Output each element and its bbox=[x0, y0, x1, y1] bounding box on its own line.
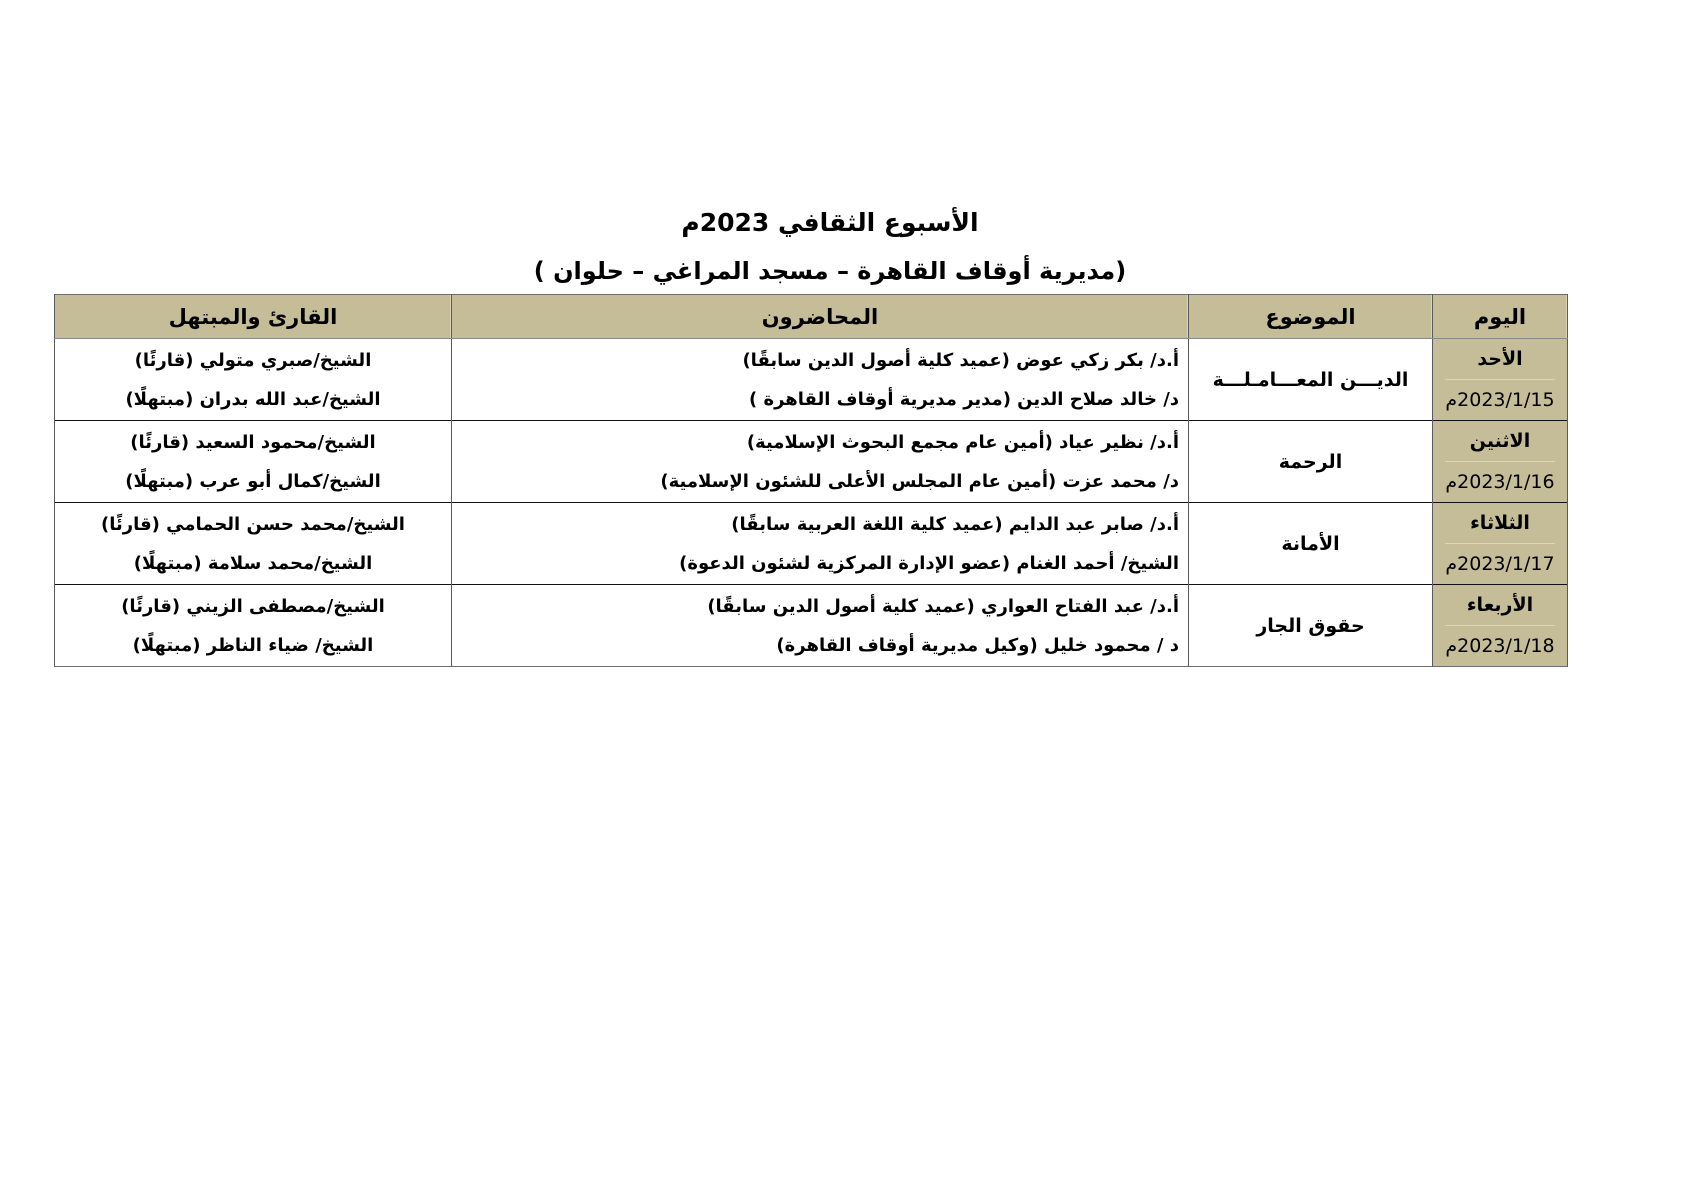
document-subtitle: (مديرية أوقاف القاهرة – مسجد المراغي – ح… bbox=[430, 254, 1230, 288]
day-cell: الاثنين 2023/1/16م bbox=[1433, 421, 1568, 503]
day-name: الأحد bbox=[1445, 339, 1555, 380]
table-header: اليوم الموضوع المحاضرون القارئ والمبتهل bbox=[55, 295, 1568, 339]
day-date: 2023/1/18م bbox=[1433, 626, 1567, 666]
reader-name: الشيخ/صبري متولي (قارئًا) bbox=[55, 341, 451, 380]
day-date: 2023/1/15م bbox=[1433, 380, 1567, 420]
lecturer-name: د/ محمد عزت (أمين عام المجلس الأعلى للشئ… bbox=[452, 462, 1179, 501]
table-row: الاثنين 2023/1/16م الرحمة أ.د/ نظير عياد… bbox=[55, 421, 1568, 503]
chanter-name: الشيخ/محمد سلامة (مبتهلًا) bbox=[55, 544, 451, 583]
chanter-name: الشيخ/كمال أبو عرب (مبتهلًا) bbox=[55, 462, 451, 501]
column-header-lecturers: المحاضرون bbox=[452, 295, 1189, 339]
day-name: الثلاثاء bbox=[1445, 503, 1555, 544]
day-name: الاثنين bbox=[1445, 421, 1555, 462]
table-body: الأحد 2023/1/15م الديـــن المعـــامـلـــ… bbox=[55, 339, 1568, 667]
readers-cell: الشيخ/مصطفى الزيني (قارئًا) الشيخ/ ضياء … bbox=[55, 585, 452, 667]
reader-name: الشيخ/مصطفى الزيني (قارئًا) bbox=[55, 587, 451, 626]
day-cell: الأربعاء 2023/1/18م bbox=[1433, 585, 1568, 667]
day-cell: الثلاثاء 2023/1/17م bbox=[1433, 503, 1568, 585]
lecturers-cell: أ.د/ بكر زكي عوض (عميد كلية أصول الدين س… bbox=[452, 339, 1189, 421]
column-header-topic: الموضوع bbox=[1189, 295, 1433, 339]
day-date: 2023/1/16م bbox=[1433, 462, 1567, 502]
table-row: الثلاثاء 2023/1/17م الأمانة أ.د/ صابر عب… bbox=[55, 503, 1568, 585]
topic-cell: حقوق الجار bbox=[1189, 585, 1433, 667]
header-row: اليوم الموضوع المحاضرون القارئ والمبتهل bbox=[55, 295, 1568, 339]
lecturer-name: أ.د/ بكر زكي عوض (عميد كلية أصول الدين س… bbox=[452, 341, 1179, 380]
day-cell: الأحد 2023/1/15م bbox=[1433, 339, 1568, 421]
topic-cell: الرحمة bbox=[1189, 421, 1433, 503]
column-header-readers: القارئ والمبتهل bbox=[55, 295, 452, 339]
topic-cell: الديـــن المعـــامـلـــة bbox=[1189, 339, 1433, 421]
chanter-name: الشيخ/ ضياء الناظر (مبتهلًا) bbox=[55, 626, 451, 665]
lecturers-cell: أ.د/ نظير عياد (أمين عام مجمع البحوث الإ… bbox=[452, 421, 1189, 503]
table-row: الأحد 2023/1/15م الديـــن المعـــامـلـــ… bbox=[55, 339, 1568, 421]
readers-cell: الشيخ/صبري متولي (قارئًا) الشيخ/عبد الله… bbox=[55, 339, 452, 421]
lecturer-name: أ.د/ نظير عياد (أمين عام مجمع البحوث الإ… bbox=[452, 423, 1179, 462]
lecturers-cell: أ.د/ عبد الفتاح العواري (عميد كلية أصول … bbox=[452, 585, 1189, 667]
table-row: الأربعاء 2023/1/18م حقوق الجار أ.د/ عبد … bbox=[55, 585, 1568, 667]
day-name: الأربعاء bbox=[1445, 585, 1555, 626]
column-header-day: اليوم bbox=[1433, 295, 1568, 339]
reader-name: الشيخ/محمد حسن الحمامي (قارئًا) bbox=[55, 505, 451, 544]
lecturers-cell: أ.د/ صابر عبد الدايم (عميد كلية اللغة ال… bbox=[452, 503, 1189, 585]
reader-name: الشيخ/محمود السعيد (قارئًا) bbox=[55, 423, 451, 462]
chanter-name: الشيخ/عبد الله بدران (مبتهلًا) bbox=[55, 380, 451, 419]
lecturer-name: الشيخ/ أحمد الغنام (عضو الإدارة المركزية… bbox=[452, 544, 1179, 583]
topic-cell: الأمانة bbox=[1189, 503, 1433, 585]
day-date: 2023/1/17م bbox=[1433, 544, 1567, 584]
schedule-table: اليوم الموضوع المحاضرون القارئ والمبتهل … bbox=[54, 294, 1568, 667]
lecturer-name: د / محمود خليل (وكيل مديرية أوقاف القاهر… bbox=[452, 626, 1179, 665]
readers-cell: الشيخ/محمود السعيد (قارئًا) الشيخ/كمال أ… bbox=[55, 421, 452, 503]
lecturer-name: أ.د/ عبد الفتاح العواري (عميد كلية أصول … bbox=[452, 587, 1179, 626]
document-title: الأسبوع الثقافي 2023م bbox=[430, 206, 1230, 240]
lecturer-name: أ.د/ صابر عبد الدايم (عميد كلية اللغة ال… bbox=[452, 505, 1179, 544]
readers-cell: الشيخ/محمد حسن الحمامي (قارئًا) الشيخ/مح… bbox=[55, 503, 452, 585]
lecturer-name: د/ خالد صلاح الدين (مدير مديرية أوقاف ال… bbox=[452, 380, 1179, 419]
